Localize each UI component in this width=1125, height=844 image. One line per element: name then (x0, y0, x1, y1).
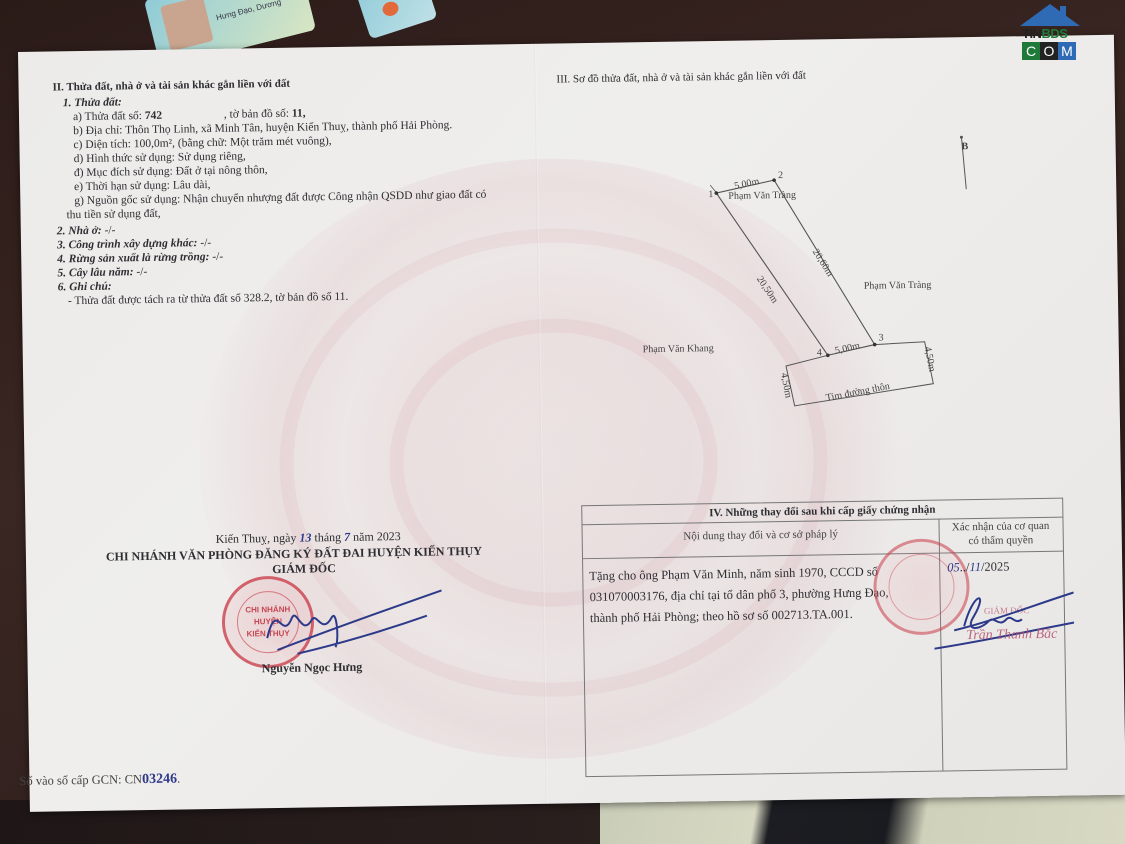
usage-term-row: e) Thời hạn sử dụng: Lâu dài, (74, 179, 211, 194)
confirmation-signer: Trần Thanh Bắc (966, 627, 1057, 644)
neighbor-right: Phạm Văn Tràng (864, 280, 932, 292)
issue-day: 13 (299, 530, 311, 544)
emblem-icon (381, 0, 401, 18)
house-row: 2. Nhà ở: -/- (57, 224, 116, 238)
other-construction-row: 3. Công trình xây dựng khác: -/- (57, 237, 211, 252)
map-sheet-number: 11, (292, 107, 306, 119)
chimney-icon (1060, 6, 1066, 16)
registry-number: Số vào sổ cấp GCN: CN03246. (19, 772, 180, 790)
point-3: 3 (879, 332, 884, 343)
land-certificate-page: II. Thửa đất, nhà ở và tài sản khác gắn … (18, 35, 1125, 812)
id-card-text: Hưng Đạo, Dương (215, 0, 282, 22)
parcel-heading: 1. Thửa đất: (63, 96, 122, 110)
confirmation-date: 05../11/2025 (947, 559, 1010, 575)
section-2-title: II. Thửa đất, nhà ở và tài sản khác gắn … (52, 78, 290, 94)
changes-table: IV. Những thay đổi sau khi cấp giấy chứn… (581, 498, 1067, 778)
section-3-title: III. Sơ đồ thửa đất, nhà ở và tài sản kh… (556, 70, 806, 86)
parcel-number: 742 (145, 110, 162, 122)
origin-row-cont: thu tiền sử dụng đất, (66, 208, 160, 222)
tinbds-logo: TINBDS C O M (1020, 4, 1080, 64)
usage-form-row: d) Hình thức sử dụng: Sử dụng riêng, (74, 150, 246, 165)
signer-role: GIÁM ĐỐC (272, 562, 336, 576)
confirmation-signature (934, 584, 1075, 656)
logo-com: C O M (1022, 42, 1076, 60)
parcel-shape (609, 126, 1034, 433)
forest-row: 4. Rừng sản xuất là rừng trồng: -/- (57, 251, 223, 266)
neighbor-left: Phạm Văn Khang (643, 343, 714, 355)
col-confirmation-header: Xác nhận của cơ quan có thẩm quyền (938, 517, 1062, 549)
neighbor-top: Phạm Văn Tràng (728, 190, 796, 202)
notes-heading: 6. Ghi chú: (58, 281, 112, 294)
usage-purpose-row: đ) Mục đích sử dụng: Đất ở tại nông thôn… (74, 164, 268, 180)
logo-text: TINBDS (1022, 26, 1067, 41)
house-roof-icon (1020, 4, 1080, 26)
issue-month: 7 (344, 530, 350, 544)
id-photo (160, 0, 214, 51)
north-arrow-label: B (962, 141, 969, 152)
point-4: 4 (817, 347, 822, 358)
perennial-row: 5. Cây lâu năm: -/- (57, 266, 147, 280)
area-row: c) Diện tích: 100,0m², (bằng chữ: Một tr… (73, 135, 331, 152)
point-2: 2 (778, 170, 783, 181)
col-content-header: Nội dung thay đổi và cơ sở pháp lý (583, 527, 939, 545)
point-1: 1 (708, 189, 713, 200)
parcel-diagram: B Phạm Văn Tràng Phạm Văn Tràng Phạm Văn… (609, 126, 1034, 433)
signer-name: Nguyễn Ngọc Hưng (262, 661, 363, 676)
director-signature (256, 585, 447, 658)
